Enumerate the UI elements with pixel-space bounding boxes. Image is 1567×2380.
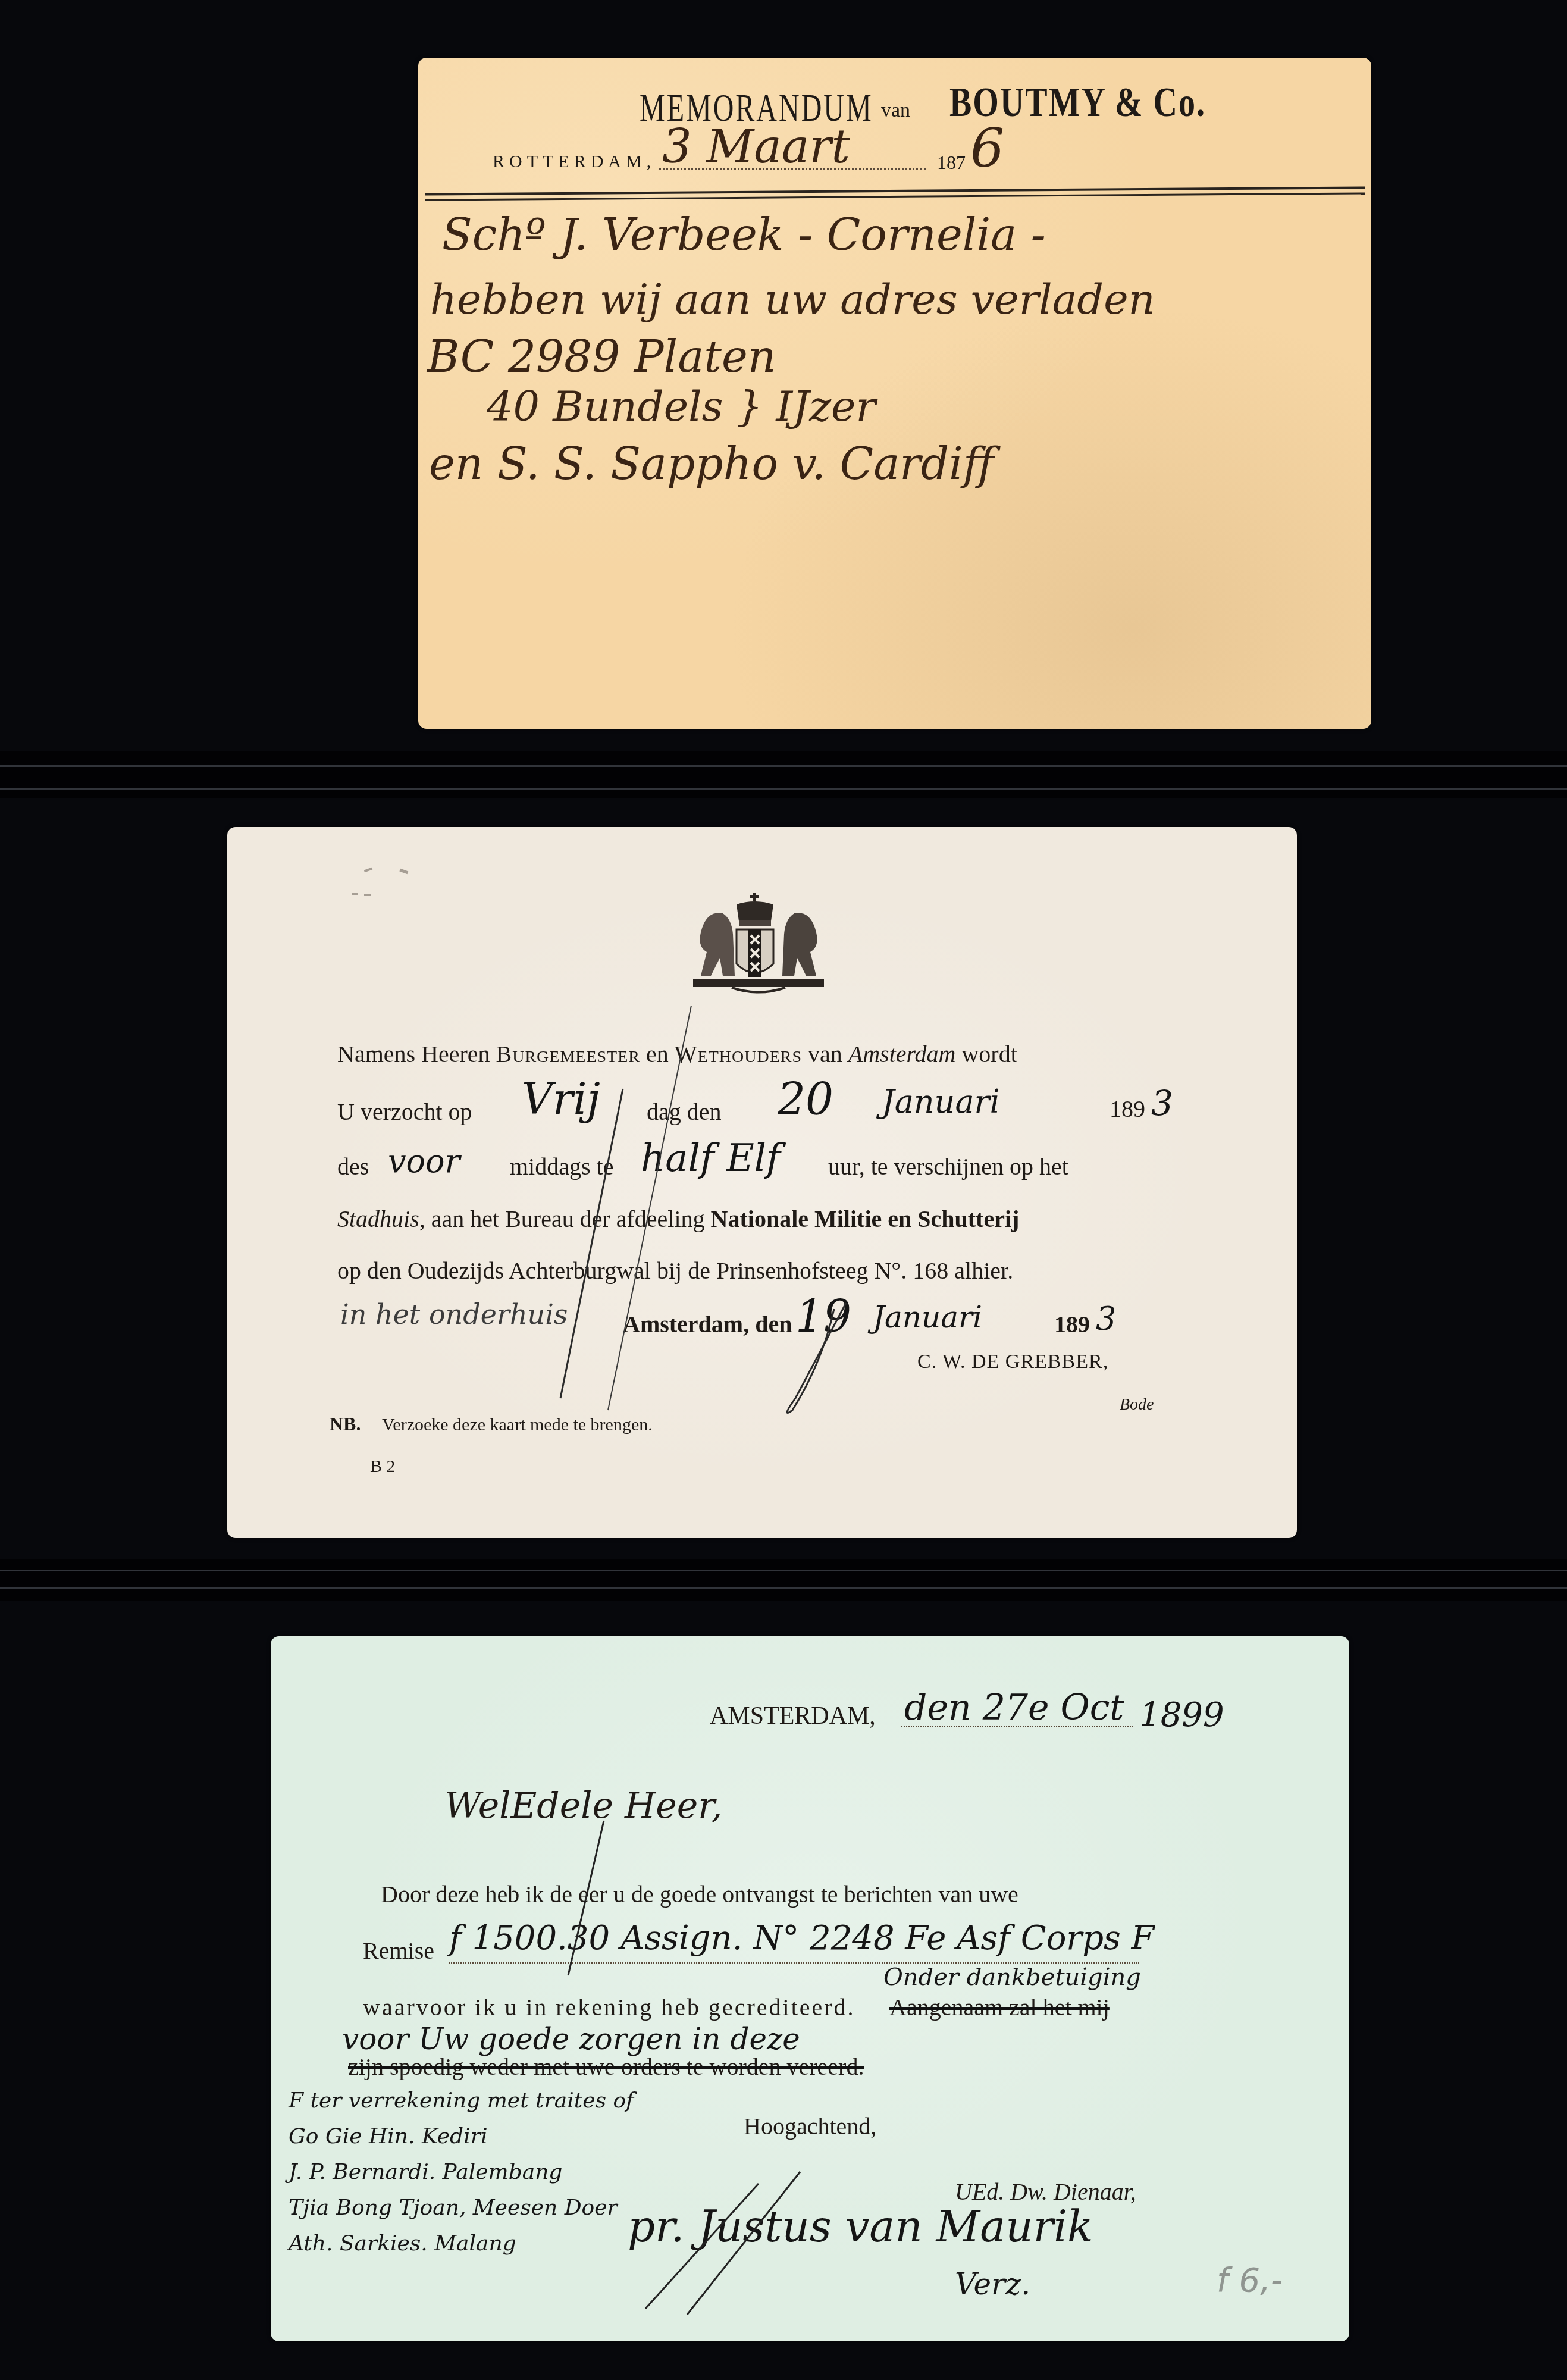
- remittance-acknowledgement-card: AMSTERDAM, den 27e Oct 1899 WelEdele Hee…: [271, 1636, 1349, 2341]
- album-strip-line: [0, 1587, 1567, 1589]
- memo-year-prefix: 187: [937, 152, 966, 174]
- album-strip-divider-2: [0, 1559, 1567, 1601]
- handwritten-year-digit: 6: [970, 117, 1004, 180]
- form-code: B 2: [370, 1457, 396, 1477]
- album-strip-divider-1: [0, 751, 1567, 798]
- album-strip-line: [0, 1570, 1567, 1571]
- handwritten-date: 3 Maart: [662, 120, 850, 174]
- handwritten-line-1: Schº J. Verbeek - Cornelia -: [442, 209, 1046, 261]
- handwritten-line-4: 40 Bundels } IJzer: [487, 382, 876, 431]
- nb-label: NB.: [330, 1413, 361, 1435]
- handwritten-line-2: hebben wij aan uw adres verladen: [430, 275, 1155, 324]
- handwritten-line-3: BC 2989 Platen: [427, 331, 776, 383]
- album-strip-line: [0, 765, 1567, 767]
- memorandum-card-boutmy: MEMORANDUM van BOUTMY & Co. ROTTERDAM, 3…: [418, 58, 1371, 729]
- memo-city: ROTTERDAM,: [493, 152, 656, 172]
- album-strip-line: [0, 788, 1567, 790]
- amsterdam-militia-summons-card: Namens Heeren Burgemeester en Wethouders…: [227, 827, 1297, 1538]
- signer-name: C. W. DE GREBBER,: [917, 1351, 1108, 1373]
- signer-role: Bode: [1120, 1395, 1154, 1414]
- nb-text: Verzoeke deze kaart mede te brengen.: [382, 1415, 653, 1435]
- handwritten-line-5: en S. S. Sappho v. Cardiff: [429, 439, 994, 490]
- memo-van: van: [881, 99, 910, 122]
- pen-stroke-icon: [271, 1636, 1349, 2341]
